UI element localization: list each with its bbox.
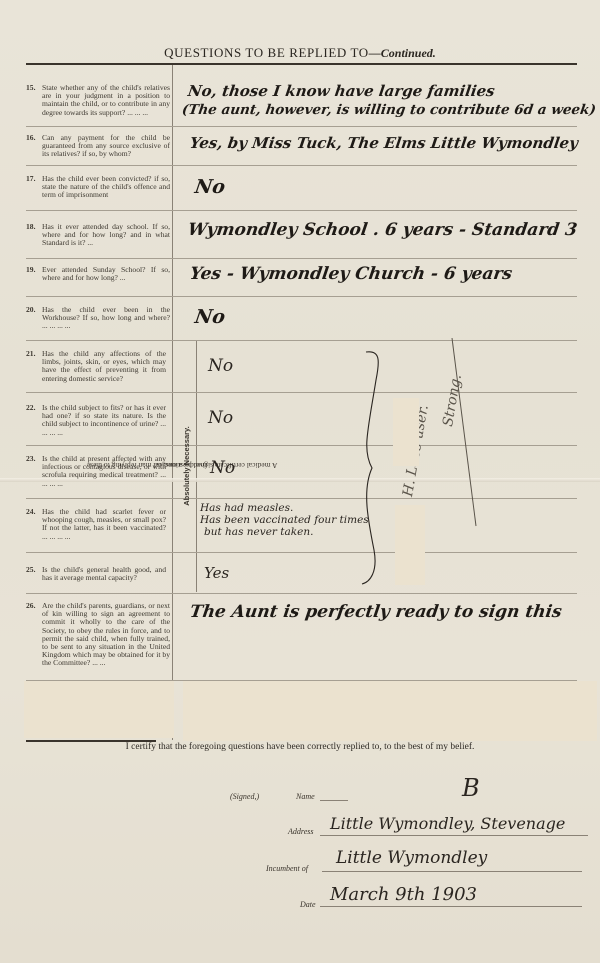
answer-16: Yes, by Miss Tuck, The Elms Little Wymon…	[189, 134, 579, 152]
answer-24: Has had measles. Has been vaccinated fou…	[200, 502, 369, 538]
address-label: Address	[288, 827, 313, 836]
question-21: 21.Has the child any affections of the l…	[26, 350, 166, 383]
row-rule	[26, 340, 577, 341]
name-line	[320, 800, 348, 801]
redacted-area	[393, 398, 419, 466]
answer-15-line1: No, those I know have large families	[187, 82, 496, 100]
incumbent-label: Incumbent of	[266, 864, 308, 873]
page-title: QUESTIONS TO BE REPLIED TO—Continued.	[0, 45, 600, 61]
redacted-area	[183, 681, 597, 741]
address-value: Little Wymondley, Stevenage	[330, 814, 565, 833]
signed-label: (Signed,)	[230, 792, 259, 801]
row-rule	[26, 165, 577, 166]
redacted-area	[395, 505, 425, 585]
answer-21: No	[208, 356, 233, 376]
answer-17: No	[193, 176, 226, 198]
row-rule	[26, 498, 577, 499]
address-line	[320, 835, 588, 836]
title-continued: —Continued.	[369, 46, 436, 60]
answer-15-line2: (The aunt, however, is willing to contri…	[181, 102, 597, 118]
question-24: 24.Has the child had scarlet fever or wh…	[26, 508, 166, 541]
name-label: Name	[296, 792, 315, 801]
row-rule	[26, 258, 577, 259]
answer-22: No	[208, 408, 233, 428]
answer-20: No	[193, 306, 226, 328]
margin-line	[450, 338, 480, 528]
question-17: 17.Has the child ever been convicted? if…	[26, 175, 170, 200]
date-line	[320, 906, 582, 907]
question-26: 26.Are the child's parents, guardians, o…	[26, 602, 170, 668]
question-20: 20.Has the child ever been in the Workho…	[26, 306, 170, 331]
date-label: Date	[300, 900, 316, 909]
row-rule	[26, 593, 577, 594]
answer-18: Wymondley School . 6 years - Standard 3	[187, 220, 579, 240]
row-rule	[26, 126, 577, 127]
question-19: 19.Ever attended Sunday School? If so, w…	[26, 266, 170, 282]
title-text: QUESTIONS TO BE REPLIED TO	[164, 45, 369, 60]
medical-certificate-note: A medical certificate signed by a medica…	[170, 340, 194, 592]
row-rule	[26, 210, 577, 211]
question-15: 15.State whether any of the child's rela…	[26, 84, 170, 117]
row-rule	[26, 552, 577, 553]
row-rule	[26, 445, 577, 446]
row-rule	[26, 296, 577, 297]
question-22: 22.Is the child subject to fits? or has …	[26, 404, 166, 437]
answer-25: Yes	[204, 564, 229, 582]
row-rule	[26, 392, 577, 393]
answer-23: No	[210, 458, 235, 478]
question-23: 23.Is the child at present affected with…	[26, 455, 166, 488]
bracket-icon	[360, 350, 390, 585]
redacted-area	[24, 681, 174, 738]
answer-26: The Aunt is perfectly ready to sign this	[189, 602, 563, 622]
question-18: 18.Has it ever attended day school. If s…	[26, 223, 170, 248]
name-value: B	[462, 774, 480, 802]
incumbent-line	[322, 871, 582, 872]
certification-text: I certify that the foregoing questions h…	[0, 742, 600, 752]
answer-19: Yes - Wymondley Church - 6 years	[189, 264, 514, 284]
top-rule	[26, 63, 577, 65]
document-page: QUESTIONS TO BE REPLIED TO—Continued. 15…	[0, 0, 600, 963]
question-25: 25.Is the child's general health good, a…	[26, 566, 166, 582]
incumbent-value: Little Wymondley	[336, 848, 487, 868]
question-16: 16.Can any payment for the child be guar…	[26, 134, 170, 159]
date-value: March 9th 1903	[330, 884, 477, 905]
